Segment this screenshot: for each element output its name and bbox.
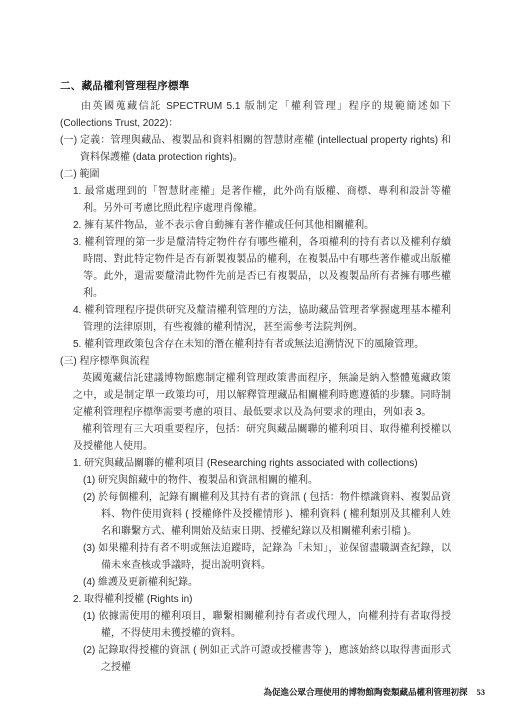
- item-text: 擁有某件物品，並不表示會自動擁有著作權或任何其他相關權利。: [84, 220, 374, 231]
- item-text: 權利管理的第一步是釐清特定物件存有哪些權利，各項權利的持有者以及權利存續時間、對…: [83, 237, 451, 299]
- item-text: 最常處理到的「智慧財產權」是著作權，此外尚有版權、商標、專利和設計等權利。另外可…: [83, 186, 451, 214]
- item-text: 研究與館藏中的物件、複製品和資訊相關的權利。: [98, 475, 318, 486]
- section-process-heading: (三) 程序標準與流程: [60, 353, 451, 370]
- item-text: 權利管理政策包含存在未知的潛在權利持有者或無法追溯情況下的風險管理。: [84, 339, 424, 350]
- item-text: 記錄取得授權的資訊 ( 例如正式許可證或授權書等 )，應該始終以取得書面形式之授…: [98, 645, 451, 673]
- list-item: 4. 權利管理程序提供研究及釐清權利管理的方法，協助藏品管理者掌握處理基本權利管…: [73, 302, 451, 336]
- item-number: (4): [83, 577, 95, 588]
- list-item: 1. 最常處理到的「智慧財產權」是著作權，此外尚有版權、商標、專利和設計等權利。…: [73, 183, 451, 217]
- section-text: 定義：管理與藏品、複製品和資料相關的智慧財產權 (intellectual pr…: [80, 135, 451, 163]
- step-heading: 2. 取得權利授權 (Rights in): [73, 591, 451, 608]
- page-number: 53: [477, 687, 486, 697]
- running-title: 為促進公眾合理使用的博物館陶瓷類藏品權利管理初探: [263, 687, 467, 697]
- item-number: 4.: [73, 305, 81, 316]
- section-label: (二): [60, 169, 77, 180]
- section-label: (一): [60, 135, 77, 146]
- item-text: 權利管理程序提供研究及釐清權利管理的方法，協助藏品管理者掌握處理基本權利管理的法…: [83, 305, 451, 333]
- section-scope-heading: (二) 範圍: [60, 166, 451, 183]
- page-title: 二、藏品權利管理程序標準: [60, 78, 451, 95]
- item-number: 2.: [73, 220, 81, 231]
- sub-list-item: (1) 依據需使用的權利項目，聯繫相關權利持有者或代理人，向權利持有者取得授權，…: [83, 608, 451, 642]
- item-text: 於每個權利，記錄有關權利及其持有者的資訊 ( 包括：物件標識資料、複製品資料、物…: [98, 492, 451, 537]
- section-title: 範圍: [79, 169, 99, 180]
- process-paragraph: 英國蒐藏信託建議博物館應制定權利管理政策書面程序，無論是納入整體蒐藏政策之中，或…: [73, 370, 451, 421]
- item-number: 1.: [73, 458, 81, 469]
- sub-list-item: (2) 記錄取得授權的資訊 ( 例如正式許可證或授權書等 )，應該始終以取得書面…: [83, 642, 451, 676]
- process-paragraph: 權利管理有三大項重要程序，包括：研究與藏品關聯的權利項目、取得權利授權以及授權他…: [73, 421, 451, 455]
- item-number: (1): [83, 611, 95, 622]
- section-definition: (一) 定義：管理與藏品、複製品和資料相關的智慧財產權 (intellectua…: [60, 132, 451, 166]
- item-number: (2): [83, 645, 95, 656]
- page-footer: 為促進公眾合理使用的博物館陶瓷類藏品權利管理初探53: [263, 686, 485, 698]
- sub-list-item: (1) 研究與館藏中的物件、複製品和資訊相關的權利。: [83, 472, 451, 489]
- list-item: 3. 權利管理的第一步是釐清特定物件存有哪些權利，各項權利的持有者以及權利存續時…: [73, 234, 451, 302]
- item-number: (3): [83, 543, 95, 554]
- section-title: 程序標準與流程: [79, 356, 149, 367]
- step-title: 研究與藏品關聯的權利項目 (Researching rights associa…: [84, 458, 417, 469]
- item-text: 維護及更新權利紀錄。: [98, 577, 198, 588]
- sub-list-item: (3) 如果權利持有者不明或無法追蹤時，記錄為「未知」，並保留盡職調查紀錄，以備…: [83, 540, 451, 574]
- item-number: (2): [83, 492, 95, 503]
- item-text: 如果權利持有者不明或無法追蹤時，記錄為「未知」，並保留盡職調查紀錄，以備未來查核…: [98, 543, 451, 571]
- item-text: 依據需使用的權利項目，聯繫相關權利持有者或代理人，向權利持有者取得授權，不得使用…: [98, 611, 451, 639]
- item-number: (1): [83, 475, 95, 486]
- item-number: 2.: [73, 594, 81, 605]
- item-number: 1.: [73, 186, 81, 197]
- step-title: 取得權利授權 (Rights in): [84, 594, 192, 605]
- intro-paragraph: 由英國蒐藏信託 SPECTRUM 5.1 版制定「權利管理」程序的規範簡述如下 …: [60, 98, 451, 132]
- sub-list-item: (2) 於每個權利，記錄有關權利及其持有者的資訊 ( 包括：物件標識資料、複製品…: [83, 489, 451, 540]
- section-label: (三): [60, 356, 77, 367]
- sub-list-item: (4) 維護及更新權利紀錄。: [83, 574, 451, 591]
- item-number: 3.: [73, 237, 81, 248]
- list-item: 5. 權利管理政策包含存在未知的潛在權利持有者或無法追溯情況下的風險管理。: [73, 336, 451, 353]
- document-page: 二、藏品權利管理程序標準 由英國蒐藏信託 SPECTRUM 5.1 版制定「權利…: [0, 0, 512, 724]
- item-number: 5.: [73, 339, 81, 350]
- list-item: 2. 擁有某件物品，並不表示會自動擁有著作權或任何其他相關權利。: [73, 217, 451, 234]
- step-heading: 1. 研究與藏品關聯的權利項目 (Researching rights asso…: [73, 455, 451, 472]
